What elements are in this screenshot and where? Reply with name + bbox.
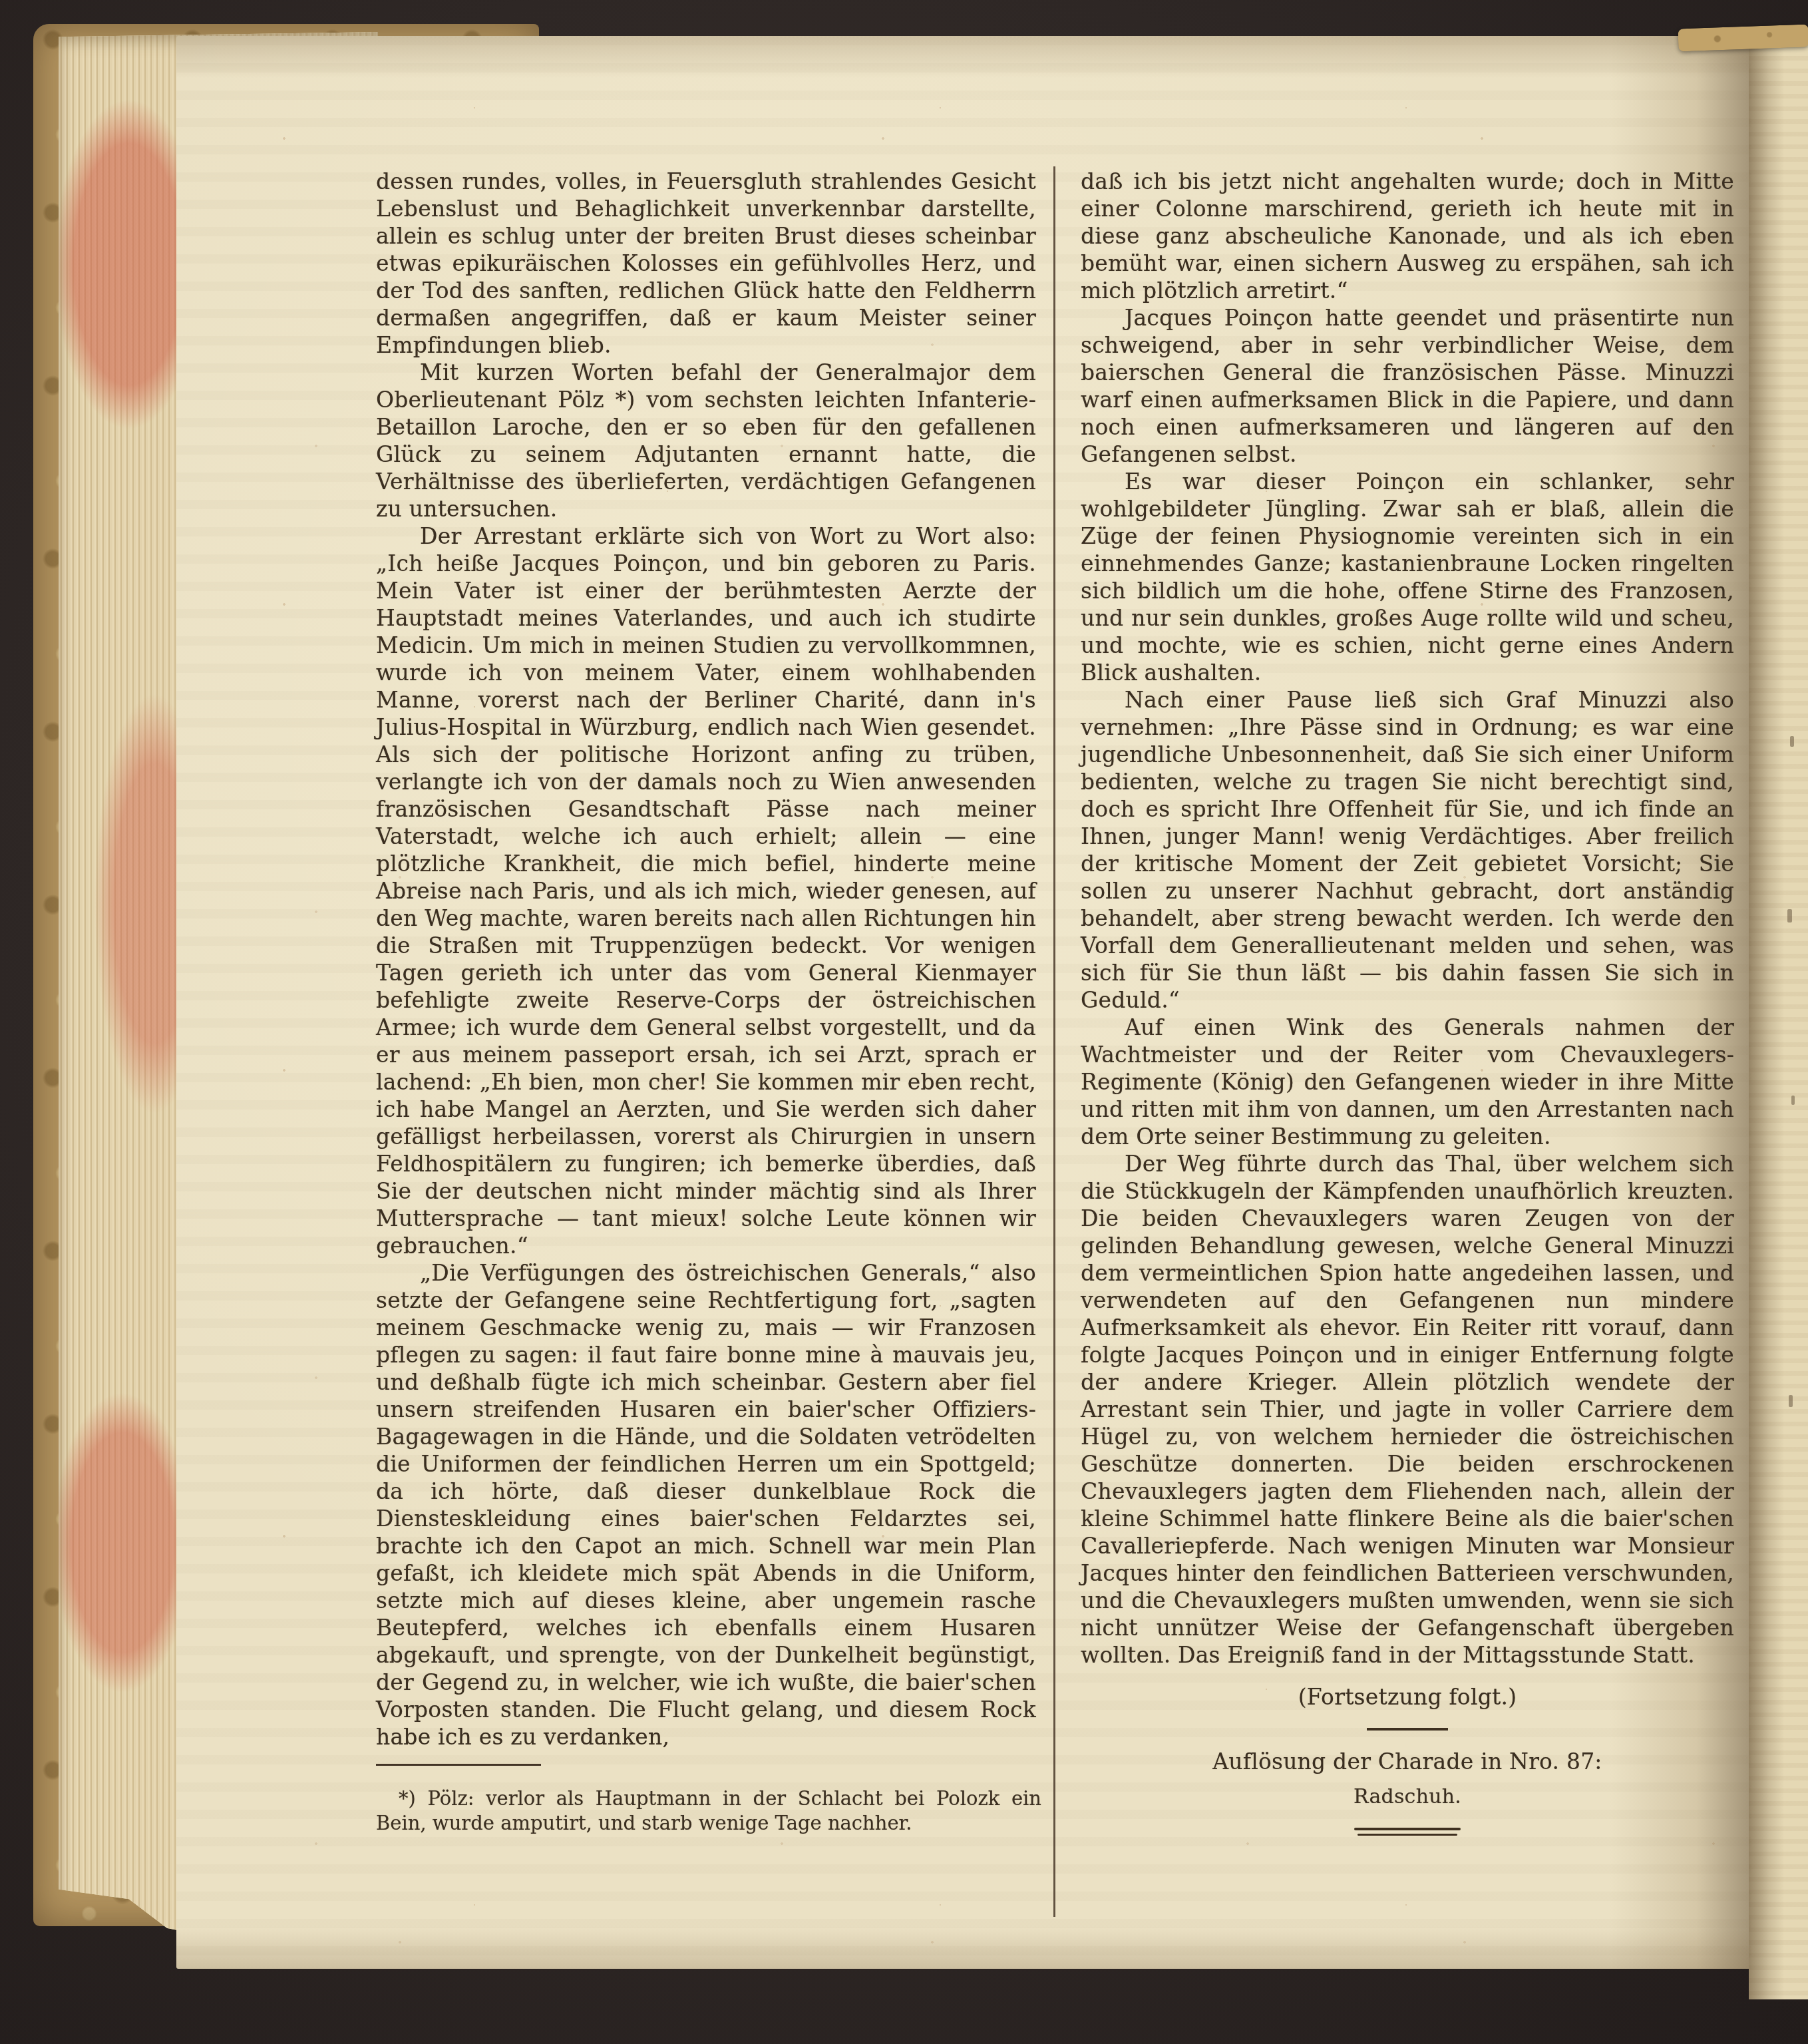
next-page-edge: [1749, 31, 1808, 1999]
book-photo: dessen rundes, volles, in Feuersgluth st…: [0, 0, 1808, 2044]
paragraph: Nach einer Pause ließ sich Graf Minuzzi …: [1081, 686, 1734, 1014]
paragraph: Auf einen Wink des Generals nahmen der W…: [1081, 1014, 1734, 1150]
paragraph: „Die Verfügungen des östreichischen Gene…: [376, 1259, 1036, 1750]
paragraph: Mit kurzen Worten befahl der Generalmajo…: [376, 359, 1036, 522]
section-separator-rule: [1367, 1728, 1448, 1731]
charade-heading: Auflösung der Charade in Nro. 87:: [1081, 1748, 1734, 1775]
charade-solution: Radschuh.: [1081, 1783, 1734, 1810]
column-divider-rule: [1053, 166, 1055, 1917]
footnote-separator-rule: [376, 1764, 541, 1766]
paragraph: Der Weg führte durch das Thal, über welc…: [1081, 1150, 1734, 1669]
left-text-column: dessen rundes, volles, in Feuersgluth st…: [376, 168, 1036, 1750]
print-fragment: [1787, 909, 1792, 922]
ornament-rule-bottom: [1357, 1834, 1457, 1836]
paragraph: dessen rundes, volles, in Feuersgluth st…: [376, 168, 1036, 359]
paragraph: Jacques Poinçon hatte geendet und präsen…: [1081, 304, 1734, 468]
print-fragment: [1790, 736, 1794, 747]
print-fragment: [1791, 1096, 1795, 1105]
print-fragment: [1789, 1395, 1793, 1407]
continuation-notice: (Fortsetzung folgt.): [1081, 1683, 1734, 1711]
paragraph: Es war dieser Poinçon ein schlanker, seh…: [1081, 468, 1734, 686]
footnote: *) Pölz: verlor als Hauptmann in der Sch…: [376, 1786, 1041, 1836]
paragraph: daß ich bis jetzt nicht angehalten wurde…: [1081, 168, 1734, 304]
end-ornament-double-rule: [1354, 1828, 1461, 1836]
ornament-rule-top: [1354, 1828, 1461, 1830]
cover-corner-peek: [1678, 25, 1808, 52]
right-text-column: daß ich bis jetzt nicht angehalten wurde…: [1081, 168, 1734, 1836]
paragraph: Der Arrestant erklärte sich von Wort zu …: [376, 522, 1036, 1259]
